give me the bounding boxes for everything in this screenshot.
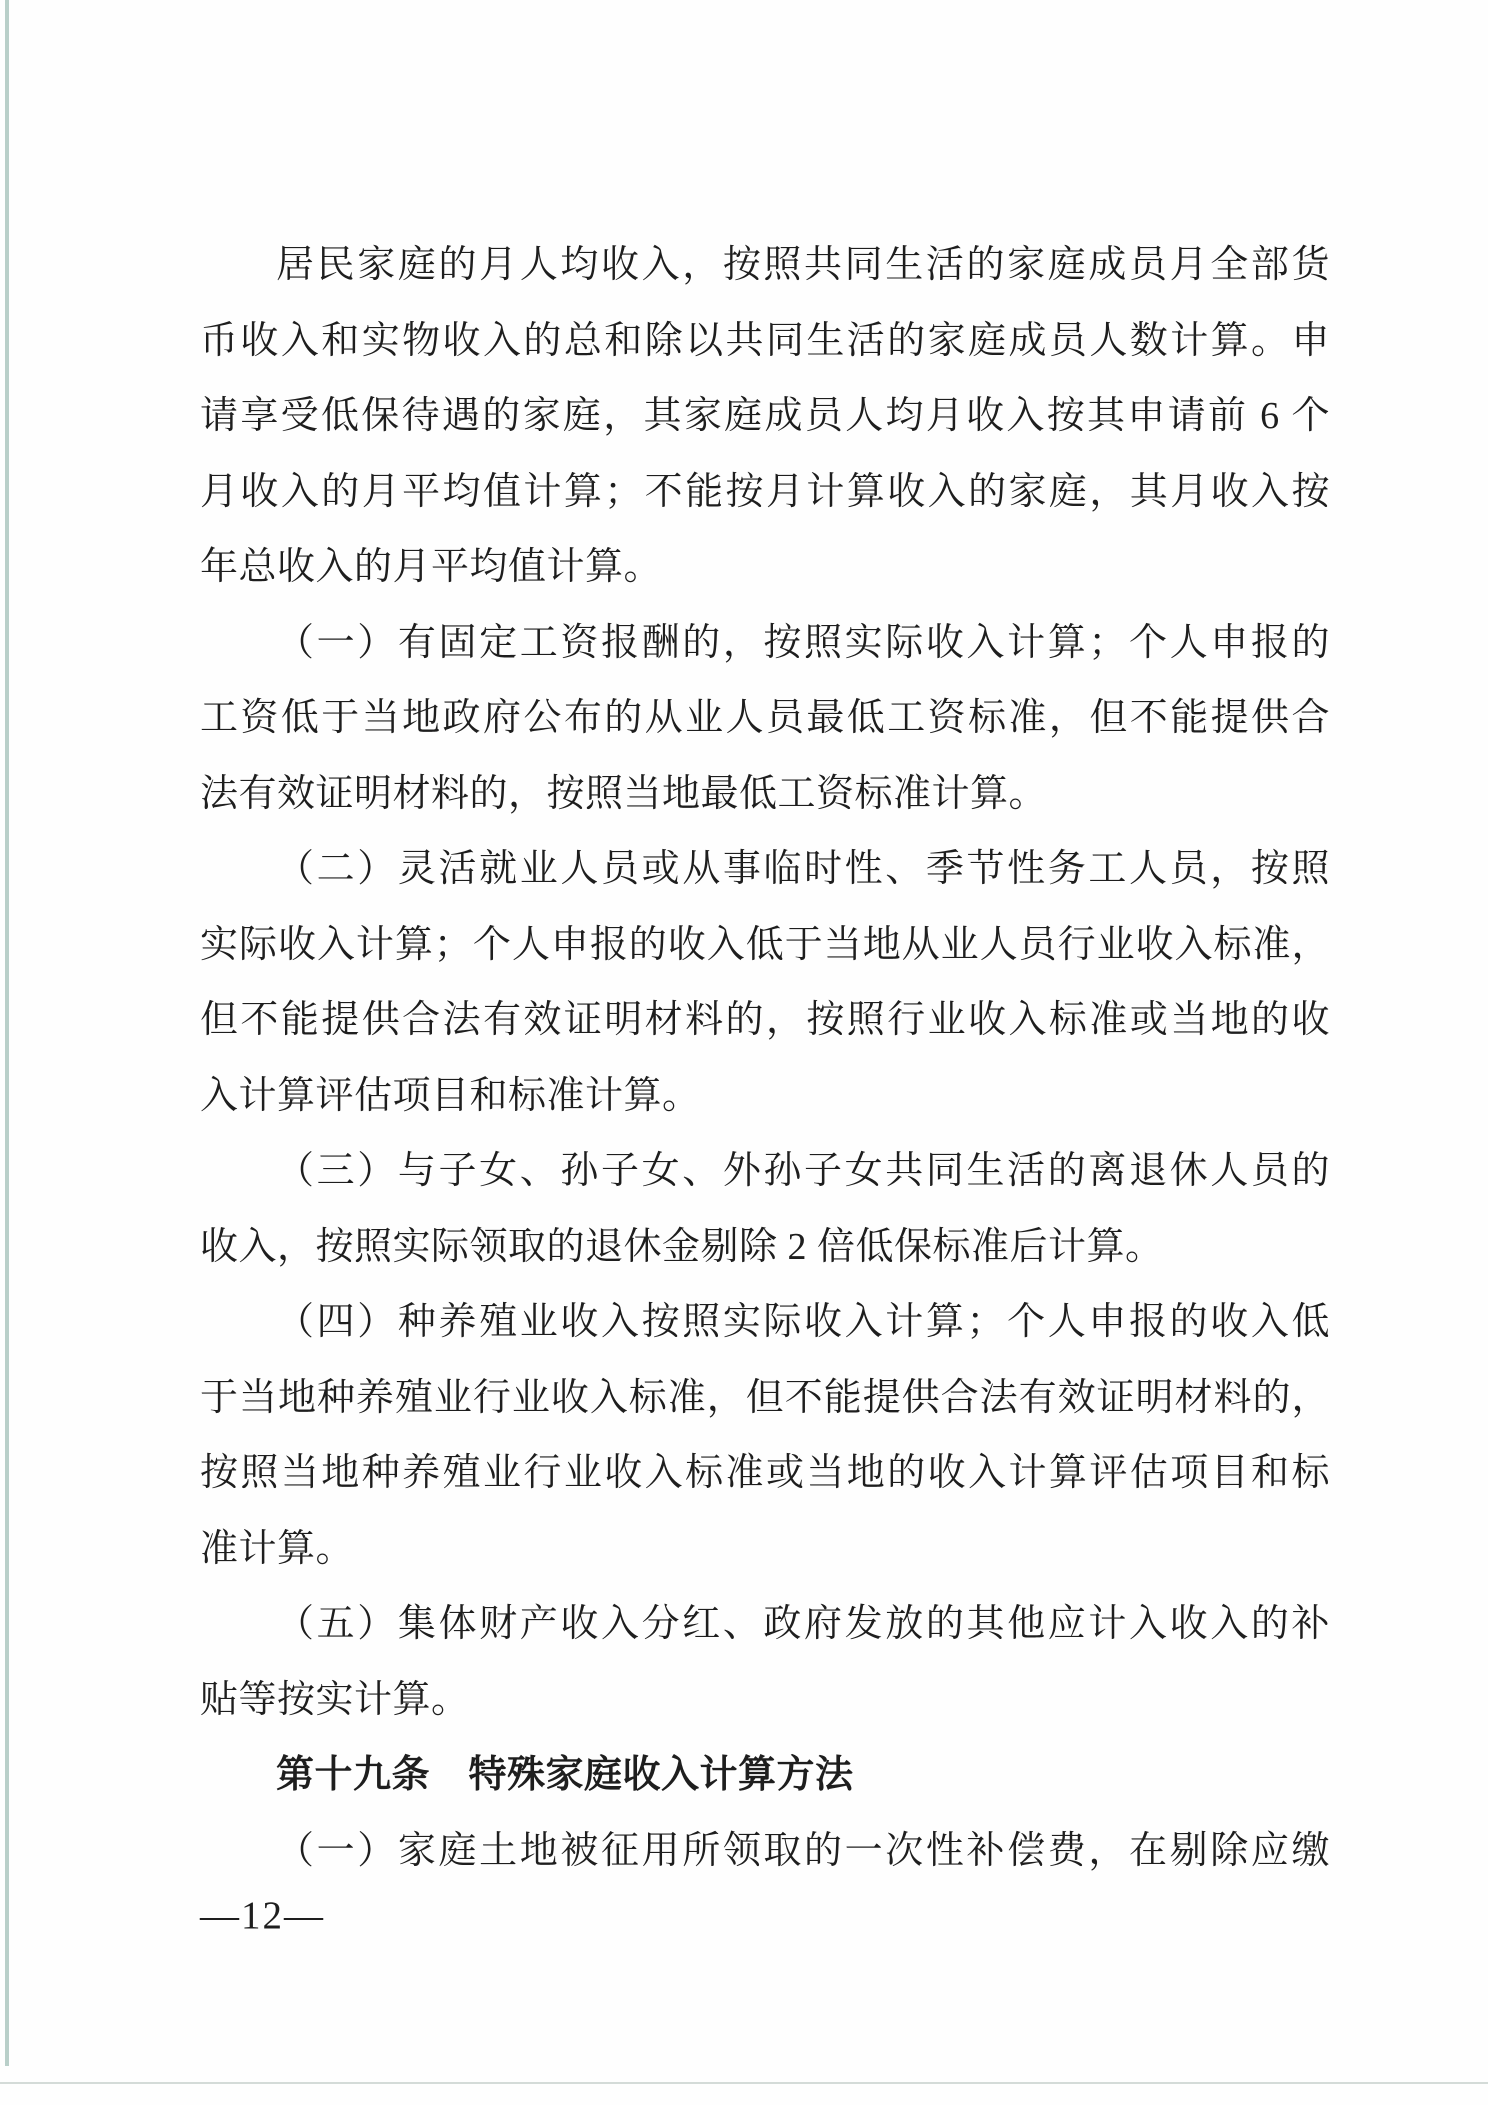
text-line: 准计算。 bbox=[200, 1512, 1330, 1588]
text-line: （一）家庭土地被征用所领取的一次性补偿费，在剔除应缴 bbox=[200, 1814, 1330, 1890]
article-heading: 第十九条 特殊家庭收入计算方法 bbox=[200, 1738, 1330, 1814]
text-line: 工资低于当地政府公布的从业人员最低工资标准，但不能提供合 bbox=[200, 681, 1330, 757]
text-line: 月收入的月平均值计算；不能按月计算收入的家庭，其月收入按 bbox=[200, 455, 1330, 531]
text-line: 入计算评估项目和标准计算。 bbox=[200, 1059, 1330, 1135]
text-line: 请享受低保待遇的家庭，其家庭成员人均月收入按其申请前 6 个 bbox=[200, 379, 1330, 455]
page-number: —12— bbox=[200, 1893, 325, 1938]
text-line: 实际收入计算；个人申报的收入低于当地从业人员行业收入标准， bbox=[200, 908, 1330, 984]
text-line: （二）灵活就业人员或从事临时性、季节性务工人员，按照 bbox=[200, 832, 1330, 908]
text-line: 收入，按照实际领取的退休金剔除 2 倍低保标准后计算。 bbox=[200, 1210, 1330, 1286]
text-line: 但不能提供合法有效证明材料的，按照行业收入标准或当地的收 bbox=[200, 983, 1330, 1059]
text-line: 按照当地种养殖业行业收入标准或当地的收入计算评估项目和标 bbox=[200, 1436, 1330, 1512]
text-line: （五）集体财产收入分红、政府发放的其他应计入收入的补 bbox=[200, 1587, 1330, 1663]
text-line: （四）种养殖业收入按照实际收入计算；个人申报的收入低 bbox=[200, 1285, 1330, 1361]
text-line: 年总收入的月平均值计算。 bbox=[200, 530, 1330, 606]
text-line: 居民家庭的月人均收入，按照共同生活的家庭成员月全部货 bbox=[200, 228, 1330, 304]
text-line: （一）有固定工资报酬的，按照实际收入计算；个人申报的 bbox=[200, 606, 1330, 682]
document-body: 居民家庭的月人均收入，按照共同生活的家庭成员月全部货 币收入和实物收入的总和除以… bbox=[200, 228, 1330, 1889]
text-line: 贴等按实计算。 bbox=[200, 1663, 1330, 1739]
text-line: 法有效证明材料的，按照当地最低工资标准计算。 bbox=[200, 757, 1330, 833]
scan-bottom-line bbox=[0, 2082, 1488, 2084]
text-line: 于当地种养殖业行业收入标准，但不能提供合法有效证明材料的， bbox=[200, 1361, 1330, 1437]
text-line: （三）与子女、孙子女、外孙子女共同生活的离退休人员的 bbox=[200, 1134, 1330, 1210]
scan-edge-line bbox=[5, 0, 9, 2066]
scanned-document-page: 居民家庭的月人均收入，按照共同生活的家庭成员月全部货 币收入和实物收入的总和除以… bbox=[0, 0, 1488, 2105]
text-line: 币收入和实物收入的总和除以共同生活的家庭成员人数计算。申 bbox=[200, 304, 1330, 380]
